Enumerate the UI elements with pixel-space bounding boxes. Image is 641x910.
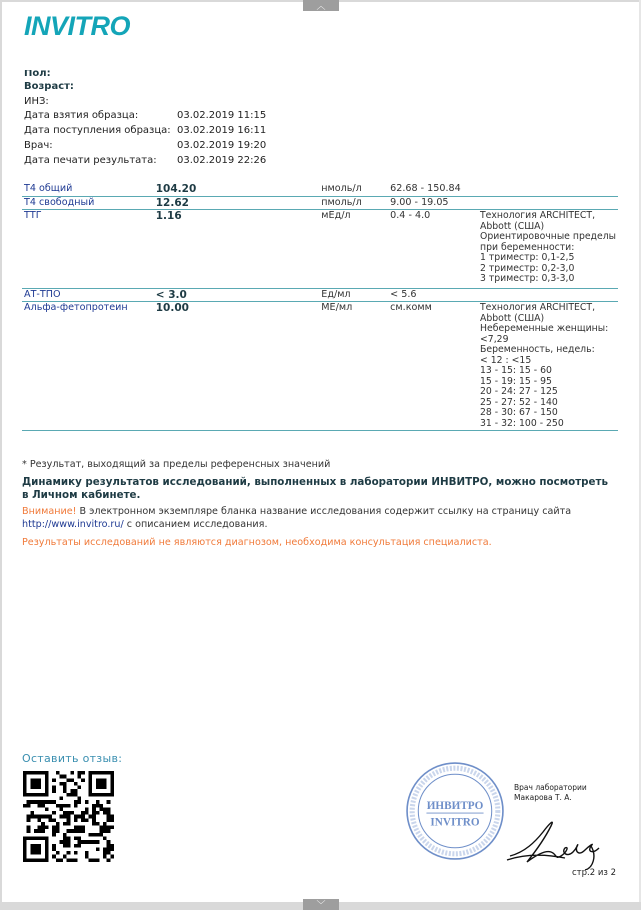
test-comment: Технология ARCHITECT,Abbott (США)Неберем… [478,302,618,431]
test-comment [478,288,618,302]
patient-field-label: Дата печати результата: [24,154,177,169]
qr-code[interactable] [23,771,114,862]
disclaimer: Результаты исследований не являются диаг… [22,537,492,548]
comment-line: 31 - 32: 100 - 250 [480,419,616,430]
test-value: 10.00 [154,302,320,431]
test-comment: Технология ARCHITECT,Abbott (США)Ориенти… [478,210,618,289]
patient-field: Дата взятия образца:03.02.2019 11:15 [24,109,266,124]
result-row: Т4 общий104.20нмоль/л62.68 - 150.84 [22,183,618,196]
test-reference: 62.68 - 150.84 [388,183,478,196]
test-unit: нмоль/л [319,183,388,196]
patient-info: Пол: Возраст: ИНЗ: Дата взятия образца:0… [24,70,266,168]
scroll-up-button[interactable]: ︿ [303,0,339,11]
out-of-range-note: * Результат, выходящий за пределы рефере… [22,459,330,470]
doctor-name: Макарова Т. А. [514,793,587,803]
invitro-logo: INVITRO [24,11,130,42]
patient-field-value: 03.02.2019 22:26 [177,154,266,169]
result-row: Т4 свободный12.62пмоль/л9.00 - 19.05 [22,196,618,210]
test-name-link[interactable]: Т4 свободный [22,196,154,210]
attention-word: Внимание! [22,506,76,517]
chevron-up-icon: ︿ [316,0,325,12]
patient-field: Дата печати результата:03.02.2019 22:26 [24,154,266,169]
results-table: Т4 общий104.20нмоль/л62.68 - 150.84Т4 св… [22,183,618,431]
test-value: 12.62 [154,196,320,210]
patient-field-label: Дата поступления образца: [24,124,177,139]
doctor-title: Врач лаборатории [514,783,587,793]
feedback-label: Оставить отзыв: [22,752,122,765]
stamp-top-text: ИНВИТРО [427,800,484,812]
patient-field: Врач:03.02.2019 19:20 [24,139,266,154]
test-value: 1.16 [154,210,320,289]
signature [505,812,610,870]
test-name-link[interactable]: Альфа-фетопротеин [22,302,154,431]
comment-line: 20 - 24: 27 - 125 [480,387,616,398]
patient-field-value: 03.02.2019 19:20 [177,139,266,154]
test-unit: Ед/мл [319,288,388,302]
test-name-link[interactable]: ТТГ [22,210,154,289]
test-name-link[interactable]: АТ-ТПО [22,288,154,302]
attention-text: В электронном экземпляре бланка название… [76,506,571,517]
result-row: АТ-ТПО< 3.0Ед/мл< 5.6 [22,288,618,302]
test-reference: 0.4 - 4.0 [388,210,478,289]
age-label: Возраст: [24,80,266,95]
stamp-bottom-text: INVITRO [430,816,479,828]
result-row: Альфа-фетопротеин10.00МЕ/млсм.коммТехнол… [22,302,618,431]
patient-field-value: 03.02.2019 16:11 [177,124,266,139]
patient-field-label: Дата взятия образца: [24,109,177,124]
test-value: < 3.0 [154,288,320,302]
lab-stamp: ИНВИТРО INVITRO [404,760,506,862]
invitro-link[interactable]: http://www.invitro.ru/ [22,519,124,530]
chevron-down-icon: ﹀ [316,898,325,910]
comment-line: Технология ARCHITECT, [480,211,616,222]
test-name-link[interactable]: Т4 общий [22,183,154,196]
inz-label: ИНЗ: [24,95,266,110]
test-value: 104.20 [154,183,320,196]
viewer-frame-left [0,0,2,910]
comment-line: Ориентировочные пределы [480,232,616,243]
page-number: стр.2 из 2 [572,868,616,878]
comment-line: 28 - 30: 67 - 150 [480,408,616,419]
link-suffix: с описанием исследования. [124,519,268,530]
test-comment [478,183,618,196]
test-unit: пмоль/л [319,196,388,210]
test-reference: см.комм [388,302,478,431]
doctor-block: Врач лаборатории Макарова Т. А. [514,783,587,803]
comment-line: 13 - 15: 15 - 60 [480,366,616,377]
comment-line: Технология ARCHITECT, [480,303,616,314]
test-reference: < 5.6 [388,288,478,302]
sex-label: Пол: [24,70,266,80]
patient-field-label: Врач: [24,139,177,154]
patient-field: Дата поступления образца:03.02.2019 16:1… [24,124,266,139]
scroll-down-button[interactable]: ﹀ [303,899,339,910]
test-unit: мЕд/л [319,210,388,289]
patient-field-value: 03.02.2019 11:15 [177,109,266,124]
comment-line: 1 триместр: 0,1-2,5 [480,253,616,264]
dynamics-note: Динамику результатов исследований, выпол… [22,476,612,502]
result-row: ТТГ1.16мЕд/л0.4 - 4.0Технология ARCHITEC… [22,210,618,289]
comment-line: Беременность, недель: [480,345,616,356]
test-reference: 9.00 - 19.05 [388,196,478,210]
attention-note: Внимание! В электронном экземпляре бланк… [22,506,612,531]
comment-line: Небеременные женщины: [480,324,616,335]
test-unit: МЕ/мл [319,302,388,431]
comment-line: 3 триместр: 0,3-3,0 [480,274,616,285]
test-comment [478,196,618,210]
